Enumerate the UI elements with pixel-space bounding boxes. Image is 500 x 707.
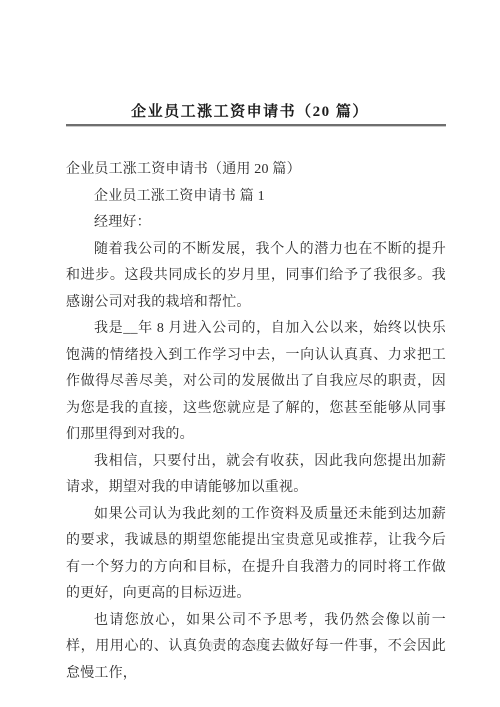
salutation: 经理好： <box>66 210 446 237</box>
document-subtitle: 企业员工涨工资申请书（通用 20 篇） <box>66 157 446 184</box>
page-indicator: 第 1 页 共 31 页 <box>205 641 296 651</box>
document-title: 企业员工涨工资申请书（20 篇） <box>0 100 500 121</box>
paragraph: 我相信，只要付出，就会有收获，因此我向您提出加薪请求，期望对我的申请能够加以重视… <box>66 449 446 502</box>
page-footer: 第 1 页 共 31 页 <box>0 639 500 652</box>
document-page: 企业员工涨工资申请书（20 篇） 企业员工涨工资申请书（通用 20 篇） 企业员… <box>0 0 500 707</box>
section-heading: 企业员工涨工资申请书 篇 1 <box>66 184 446 211</box>
paragraph: 随着我公司的不断发展，我个人的潜力也在不断的提升和进步。这段共同成长的岁月里，同… <box>66 237 446 317</box>
paragraph: 我是__年 8 月进入公司的，自加入公以来，始终以快乐饱满的情绪投入到工作学习中… <box>66 316 446 449</box>
title-divider <box>66 124 446 127</box>
document-body: 企业员工涨工资申请书（通用 20 篇） 企业员工涨工资申请书 篇 1 经理好： … <box>66 157 446 687</box>
paragraph: 如果公司认为我此刻的工作资料及质量还未能到达加薪的要求，我诚恳的期望您能提出宝贵… <box>66 502 446 608</box>
